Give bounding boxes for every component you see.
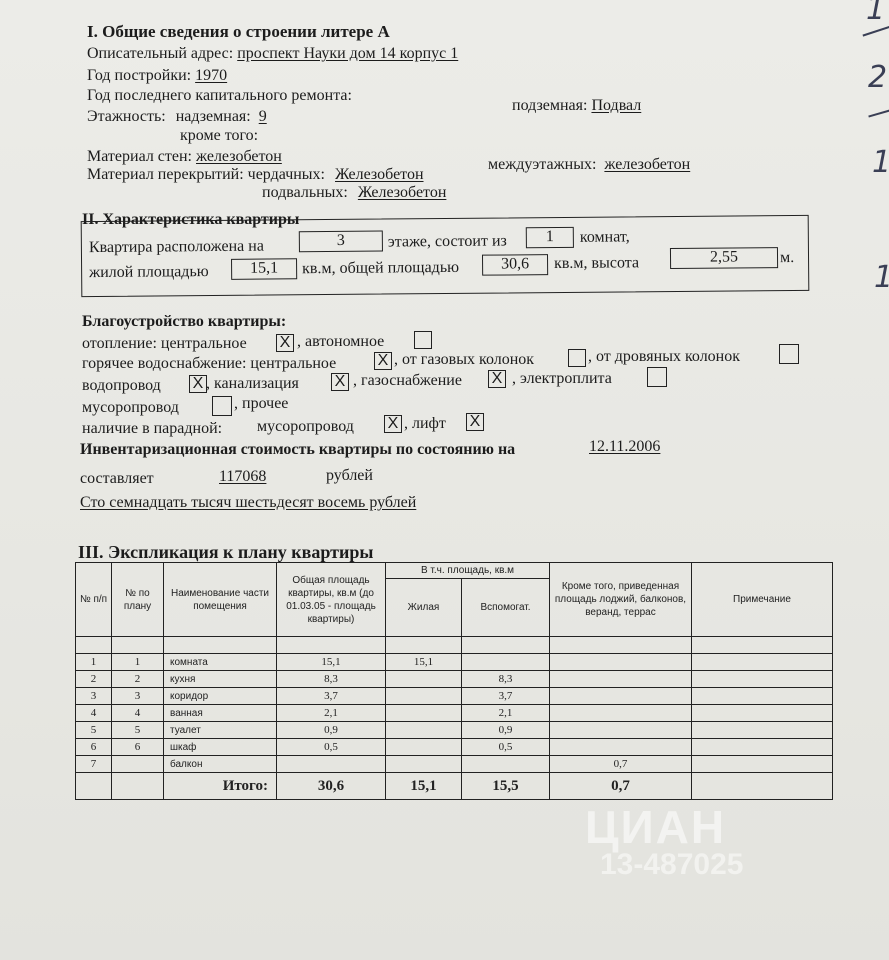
basement-row: подвальных: Железобетон — [262, 184, 446, 202]
handwritten-mark: 2 — [868, 60, 887, 95]
heating-label: отопление: центральное — [82, 335, 247, 353]
living-label: жилой площадью — [89, 263, 209, 282]
table-total-row: Итого: 30,6 15,1 15,5 0,7 — [76, 773, 833, 800]
handwritten-mark: 1 — [866, 0, 885, 27]
height-label: кв.м, высота — [554, 254, 639, 273]
rooms-suffix: комнат, — [580, 228, 630, 246]
ceilings-label: Материал перекрытий: — [87, 166, 244, 183]
above-ground-value: 9 — [259, 108, 267, 125]
hotwater-central-checkbox[interactable]: X — [374, 352, 392, 370]
entrance-chute-label: мусоропровод — [257, 418, 354, 436]
lift-label: , лифт — [404, 415, 446, 433]
walls-value: железобетон — [196, 148, 282, 165]
col-plan-header: № по плану — [112, 563, 164, 637]
col-living-header: Жилая — [386, 579, 462, 637]
amenities-title: Благоустройство квартиры: — [82, 313, 286, 331]
heating-central-checkbox[interactable]: X — [276, 334, 294, 352]
address-label: Описательный адрес: — [87, 45, 233, 62]
entrance-chute-checkbox[interactable]: X — [384, 415, 402, 433]
table-row: 55 туалет0,9 0,9 — [76, 722, 833, 739]
col-incl-header: В т.ч. площадь, кв.м — [386, 563, 550, 579]
interfloor-value: железобетон — [604, 156, 690, 173]
table-row: 66 шкаф0,5 0,5 — [76, 739, 833, 756]
heating-autonomous-label: , автономное — [297, 333, 384, 351]
cian-watermark-phone: 13-487025 — [600, 848, 743, 882]
walls-label: Материал стен: — [87, 148, 192, 165]
gas-checkbox[interactable]: X — [488, 370, 506, 388]
col-num-header: № п/п — [76, 563, 112, 637]
cian-watermark: ЦИАН — [585, 800, 726, 854]
col-name-header: Наименование части помещения — [164, 563, 277, 637]
document-page: I. Общие сведения о строении литере А Оп… — [0, 0, 889, 960]
address-row: Описательный адрес: проспект Науки дом 1… — [87, 45, 458, 63]
chute-checkbox[interactable] — [212, 396, 232, 416]
col-extra-header: Кроме того, приведенная площадь лоджий, … — [550, 563, 692, 637]
table-row: 33 коридор3,7 3,7 — [76, 688, 833, 705]
valuation-title: Инвентаризационная стоимость квартиры по… — [80, 441, 515, 459]
amount-words: Сто семнадцать тысяч шестьдесят восемь р… — [80, 494, 416, 512]
table-row: 22 кухня8,3 8,3 — [76, 671, 833, 688]
underground-value: Подвал — [591, 97, 641, 114]
basement-label: подвальных: — [262, 184, 348, 201]
gas-label: , газоснабжение — [353, 372, 462, 390]
last-repair-label: Год последнего капитального ремонта: — [87, 87, 352, 105]
total-extra: 0,7 — [550, 773, 692, 800]
water-checkbox[interactable]: X — [189, 375, 207, 393]
year-built-label: Год постройки: — [87, 67, 191, 84]
rooms-label: этаже, состоит из — [388, 232, 507, 251]
handwritten-mark: 1 — [874, 260, 889, 295]
table-row: 44 ванная2,1 2,1 — [76, 705, 833, 722]
floor-label: Квартира расположена на — [89, 238, 264, 258]
living-area-value: 15,1 — [231, 258, 297, 280]
hotwater-gas-checkbox[interactable] — [568, 349, 586, 367]
heating-autonomous-checkbox[interactable] — [414, 331, 432, 349]
walls-row: Материал стен: железобетон — [87, 148, 282, 166]
year-built-row: Год постройки: 1970 — [87, 67, 227, 85]
hotwater-label: горячее водоснабжение: центральное — [82, 355, 336, 373]
underground-row: подземная: Подвал — [512, 97, 641, 115]
underground-label: подземная: — [512, 97, 587, 114]
hotwater-gas-label: , от газовых колонок — [394, 351, 534, 369]
lift-checkbox[interactable]: X — [466, 413, 484, 431]
handwritten-dash — [868, 108, 889, 117]
total-area-label: кв.м, общей площадью — [302, 259, 459, 278]
explication-table: № п/п № по плану Наименование части поме… — [75, 562, 833, 800]
table-row: 11 комната15,1 15,1 — [76, 654, 833, 671]
year-built-value: 1970 — [195, 67, 227, 84]
currency-label: рублей — [326, 467, 373, 485]
amount-value: 117068 — [219, 468, 266, 486]
besides-label: кроме того: — [180, 127, 258, 145]
floor-value: 3 — [299, 231, 383, 253]
sewer-checkbox[interactable]: X — [331, 373, 349, 391]
total-living: 15,1 — [386, 773, 462, 800]
col-total-header: Общая площадь квартиры, кв.м (до 01.03.0… — [277, 563, 386, 637]
floors-row: Этажность: надземная: 9 — [87, 108, 267, 126]
attic-value: Железобетон — [335, 166, 424, 183]
water-label: водопровод — [82, 377, 161, 395]
col-aux-header: Вспомогат. — [462, 579, 550, 637]
attic-label: чердачных: — [248, 166, 325, 183]
section1-title: I. Общие сведения о строении литере А — [87, 22, 390, 42]
electric-checkbox[interactable] — [647, 367, 667, 387]
rooms-value: 1 — [526, 227, 574, 248]
ceilings-row: Материал перекрытий: чердачных: Железобе… — [87, 166, 424, 184]
interfloor-label: междуэтажных: — [488, 156, 596, 173]
chute-label: мусоропровод — [82, 399, 179, 417]
handwritten-mark: 1 — [872, 145, 889, 180]
section3-title: III. Экспликация к плану квартиры — [78, 542, 373, 563]
table-row: 7 балкон 0,7 — [76, 756, 833, 773]
amount-label: составляет — [80, 470, 154, 488]
electric-label: , электроплита — [512, 370, 612, 388]
entrance-label: наличие в парадной: — [82, 420, 222, 438]
handwritten-dash — [863, 25, 889, 36]
address-value: проспект Науки дом 14 корпус 1 — [237, 45, 458, 62]
total-label: Итого: — [164, 773, 277, 800]
other-label: , прочее — [234, 395, 288, 413]
floors-label: Этажность: — [87, 108, 166, 125]
basement-value: Железобетон — [358, 184, 447, 201]
total-aux: 15,5 — [462, 773, 550, 800]
total-area-value: 30,6 — [482, 254, 548, 276]
height-unit: м. — [780, 249, 794, 267]
apartment-characteristics-frame: Квартира расположена на 3 этаже, состоит… — [81, 215, 810, 297]
valuation-date: 12.11.2006 — [589, 438, 660, 456]
hotwater-wood-label: , от дровяных колонок — [588, 348, 740, 366]
height-value: 2,55 — [670, 247, 778, 269]
sewer-label: , канализация — [206, 375, 299, 393]
above-ground-label: надземная: — [176, 108, 251, 125]
interfloor-row: междуэтажных: железобетон — [488, 156, 690, 174]
hotwater-wood-checkbox[interactable] — [779, 344, 799, 364]
col-note-header: Примечание — [692, 563, 833, 637]
total-area: 30,6 — [277, 773, 386, 800]
